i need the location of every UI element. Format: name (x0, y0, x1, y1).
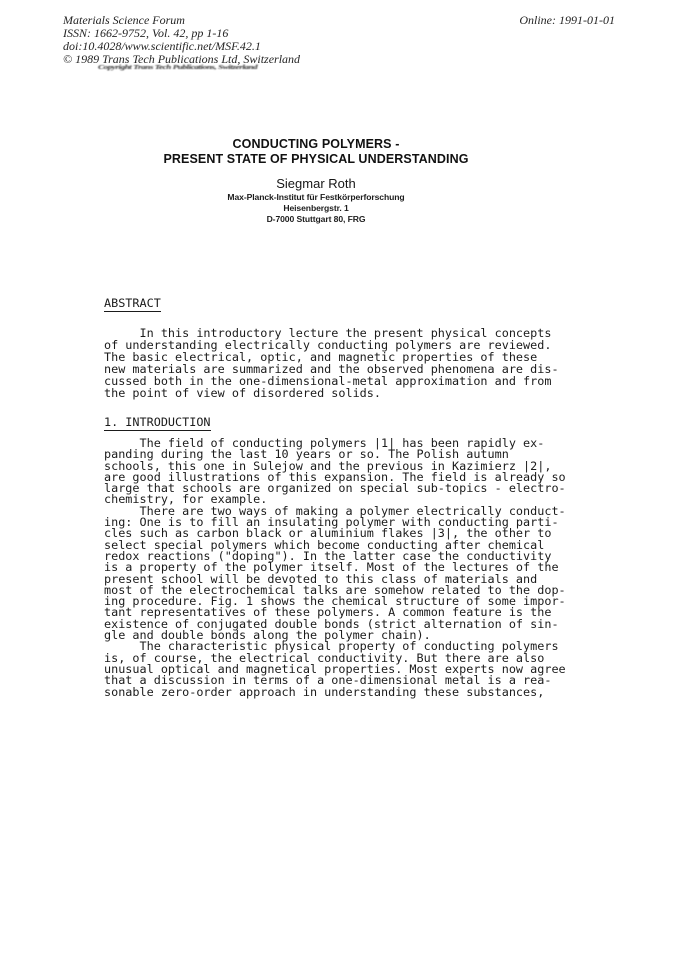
online-date: Online: 1991-01-01 (519, 14, 615, 27)
author-affiliation: Max-Planck-Institut für Festkörperforsch… (63, 192, 569, 226)
paper-title-line1: CONDUCTING POLYMERS - (63, 137, 569, 152)
introduction-heading: 1. INTRODUCTION (104, 415, 211, 431)
introduction-text: The field of conducting polymers |1| has… (104, 438, 566, 698)
author-name: Siegmar Roth (63, 176, 569, 191)
smudged-copyright-stamp: Copyright Trans Tech Publications, Switz… (98, 63, 378, 70)
abstract-heading: ABSTRACT (104, 296, 161, 312)
paper-title: CONDUCTING POLYMERS - PRESENT STATE OF P… (63, 137, 569, 166)
scanned-paper-page: Materials Science Forum ISSN: 1662-9752,… (0, 0, 678, 959)
bibliographic-header: Materials Science Forum ISSN: 1662-9752,… (63, 14, 300, 66)
abstract-text: In this introductory lecture the present… (104, 327, 559, 399)
paper-title-line2: PRESENT STATE OF PHYSICAL UNDERSTANDING (63, 152, 569, 167)
